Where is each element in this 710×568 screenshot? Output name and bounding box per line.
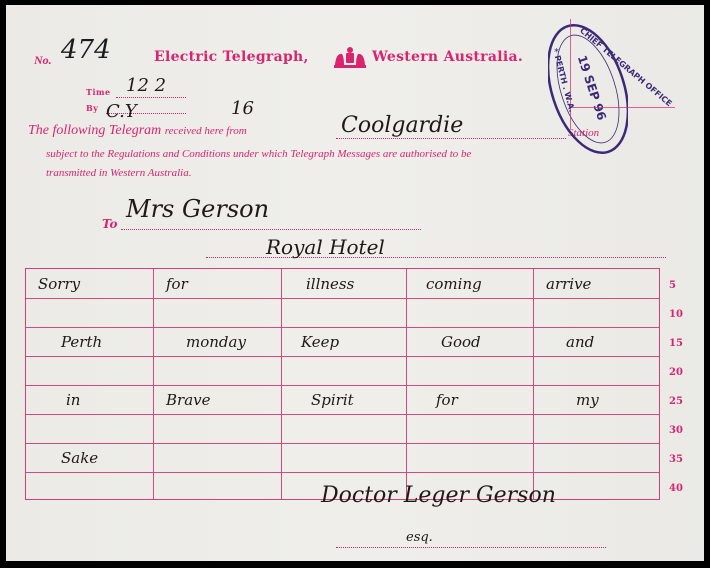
from-station: Coolgardie [341, 113, 463, 138]
signature-suffix: esq. [406, 530, 433, 545]
number-label: No. [34, 53, 52, 68]
message-word: Sorry [38, 275, 80, 293]
number-value: 474 [61, 35, 111, 65]
word-count-marker: 5 [669, 280, 676, 291]
coat-of-arms-icon [332, 45, 368, 69]
form-title-left: Electric Telegraph, [154, 49, 309, 65]
word-count-marker: 30 [669, 425, 683, 436]
regulations-text: subject to the Regulations and Condition… [46, 148, 471, 160]
message-word: for [166, 275, 188, 293]
message-word: my [576, 391, 599, 409]
message-word: Spirit [311, 391, 354, 409]
word-count-marker: 15 [669, 338, 683, 349]
message-word: and [566, 333, 594, 351]
by-value: C.Y [106, 101, 137, 122]
word-count-marker: 40 [669, 483, 683, 494]
word-count-marker: 10 [669, 309, 683, 320]
message-word: illness [306, 275, 354, 293]
message-word: Good [441, 333, 481, 351]
svg-text:19 SEP 96: 19 SEP 96 [575, 54, 609, 122]
time-label: Time [86, 87, 111, 97]
recipient-address: Royal Hotel [266, 235, 385, 259]
regulations-text-2: transmitted in Western Australia. [46, 167, 191, 179]
message-word: Sake [61, 449, 98, 467]
received-from-line: The following Telegram received here fro… [28, 123, 247, 139]
words-count: 16 [231, 98, 254, 119]
message-word: in [66, 391, 80, 409]
message-word: coming [426, 275, 482, 293]
form-title-right: Western Australia. [372, 49, 523, 65]
time-value: 12 2 [126, 75, 166, 96]
message-word: Perth [61, 333, 102, 351]
message-word: Brave [166, 391, 211, 409]
sender-signature: Doctor Leger Gerson [321, 483, 556, 508]
message-word: arrive [546, 275, 591, 293]
recipient-name: Mrs Gerson [126, 195, 269, 223]
by-label: By [86, 103, 98, 113]
message-word: monday [186, 333, 246, 351]
to-label: To [102, 217, 118, 231]
message-word: for [436, 391, 458, 409]
message-word: Keep [301, 333, 339, 351]
message-grid: Sorry for illness coming arrive Perth mo… [25, 268, 660, 500]
telegram-form: No. 474 Electric Telegraph, Western Aust… [6, 5, 704, 561]
word-count-marker: 20 [669, 367, 683, 378]
word-count-marker: 35 [669, 454, 683, 465]
word-count-marker: 25 [669, 396, 683, 407]
